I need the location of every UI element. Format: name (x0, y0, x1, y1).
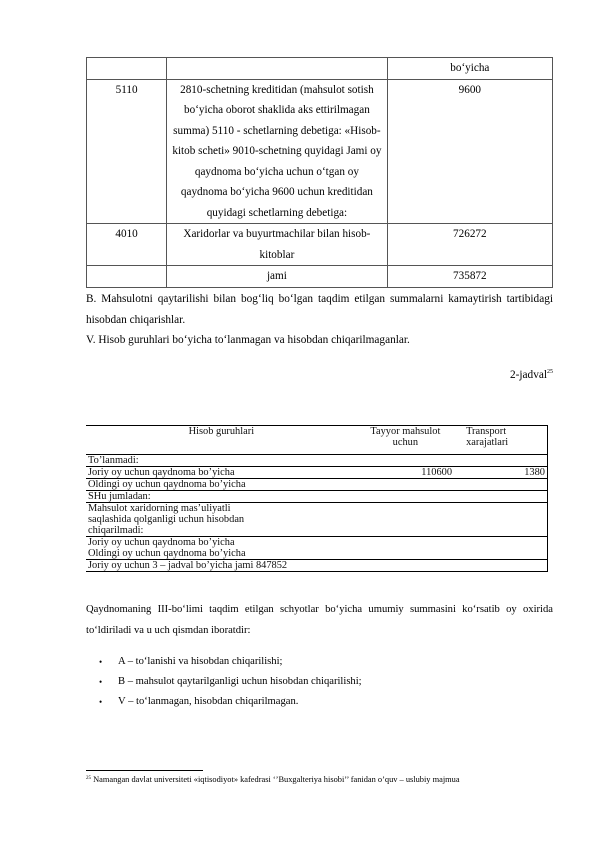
table-row: Mahsulot xaridorning mas’uliyatli saqlas… (86, 503, 548, 537)
row-col1: 110600 (357, 467, 454, 479)
code-cell (87, 266, 167, 288)
table-row: SHu jumladan: (86, 491, 548, 503)
description-cell: jami (167, 266, 387, 288)
list-item: •V – to‘lanmagan, hisobdan chiqarilmagan… (118, 692, 362, 712)
amount-cell: bo‘yicha (387, 58, 552, 80)
row-col2 (454, 479, 547, 491)
table-row: Oldingi oy uchun qaydnoma bo’yicha (86, 548, 548, 560)
list-item: •B – mahsulot qaytarilganligi uchun hiso… (118, 672, 362, 692)
accounts-table: bo‘yicha 5110 2810-schetning kreditidan … (86, 57, 553, 288)
row-col1 (357, 479, 454, 491)
footnote-ref: 25 (547, 369, 553, 375)
table-row: Joriy oy uchun 3 – jadval bo’yicha jami … (86, 560, 548, 572)
code-cell (87, 58, 167, 80)
row-label: Mahsulot xaridorning mas’uliyatli saqlas… (86, 503, 357, 537)
table-row: Oldingi oy uchun qaydnoma bo’yicha (86, 479, 548, 491)
bullet-icon: • (99, 692, 102, 712)
footnote-number: 25 (86, 776, 91, 781)
table-row: 4010 Xaridorlar va buyurtmachilar bilan … (87, 224, 553, 266)
row-col2 (454, 537, 547, 549)
header-account-groups: Hisob guruhlari (86, 426, 357, 455)
list-item-text: B – mahsulot qaytarilganligi uchun hisob… (118, 676, 362, 687)
header-transport: Transport xarajatlari (454, 426, 547, 455)
bullet-list: •A – to‘lanishi va hisobdan chiqarilishi… (118, 652, 362, 712)
table-row: bo‘yicha (87, 58, 553, 80)
amount-cell: 735872 (387, 266, 552, 288)
paragraph-v: V. Hisob guruhlari bo‘yicha to‘lanmagan … (86, 330, 553, 351)
list-item: •A – to‘lanishi va hisobdan chiqarilishi… (118, 652, 362, 672)
row-label: Joriy oy uchun qaydnoma bo’yicha (86, 537, 357, 549)
table-caption: 2-jadval25 (86, 362, 553, 386)
row-col2 (454, 560, 547, 572)
table-row: To’lanmadi: (86, 455, 548, 467)
code-cell: 4010 (87, 224, 167, 266)
footnote-divider (86, 770, 203, 771)
list-item-text: A – to‘lanishi va hisobdan chiqarilishi; (118, 656, 282, 667)
table-header-row: Hisob guruhlari Tayyor mahsulot uchun Tr… (86, 426, 548, 455)
row-label: Oldingi oy uchun qaydnoma bo’yicha (86, 479, 357, 491)
row-col1 (357, 455, 454, 467)
row-col1 (357, 548, 454, 560)
row-col2 (454, 455, 547, 467)
row-label: To’lanmadi: (86, 455, 357, 467)
table-row: jami 735872 (87, 266, 553, 288)
row-col2 (454, 491, 547, 503)
description-cell: Xaridorlar va buyurtmachilar bilan hisob… (167, 224, 387, 266)
bullet-icon: • (99, 652, 102, 672)
row-col1 (357, 537, 454, 549)
row-col1 (357, 491, 454, 503)
account-groups-table: Hisob guruhlari Tayyor mahsulot uchun Tr… (86, 425, 548, 572)
row-col2: 1380 (454, 467, 547, 479)
row-col1 (357, 503, 454, 537)
footnote-text: Namangan davlat universiteti «iqtisodiyo… (93, 775, 459, 784)
row-label: Joriy oy uchun qaydnoma bo’yicha (86, 467, 357, 479)
caption-label: 2-jadval (510, 369, 547, 381)
amount-cell: 9600 (387, 79, 552, 224)
header-finished-goods: Tayyor mahsulot uchun (357, 426, 454, 455)
code-cell: 5110 (87, 79, 167, 224)
table-row: Joriy oy uchun qaydnoma bo’yicha 110600 … (86, 467, 548, 479)
row-label: SHu jumladan: (86, 491, 357, 503)
footnote: 25 Namangan davlat universiteti «iqtisod… (86, 774, 460, 785)
row-col1 (357, 560, 454, 572)
row-label: Joriy oy uchun 3 – jadval bo’yicha jami … (86, 560, 357, 572)
bullet-icon: • (99, 672, 102, 692)
amount-cell: 726272 (387, 224, 552, 266)
paragraph-qaydnoma: Qaydnomaning III-bo‘limi taqdim etilgan … (86, 600, 553, 641)
list-item-text: V – to‘lanmagan, hisobdan chiqarilmagan. (118, 696, 298, 707)
description-cell: 2810-schetning kreditidan (mahsulot soti… (167, 79, 387, 224)
paragraph-b: B. Mahsulotni qaytarilishi bilan bog‘liq… (86, 289, 553, 330)
table-row: Joriy oy uchun qaydnoma bo’yicha (86, 537, 548, 549)
table-row: 5110 2810-schetning kreditidan (mahsulot… (87, 79, 553, 224)
row-col2 (454, 548, 547, 560)
row-col2 (454, 503, 547, 537)
description-cell (167, 58, 387, 80)
row-label: Oldingi oy uchun qaydnoma bo’yicha (86, 548, 357, 560)
